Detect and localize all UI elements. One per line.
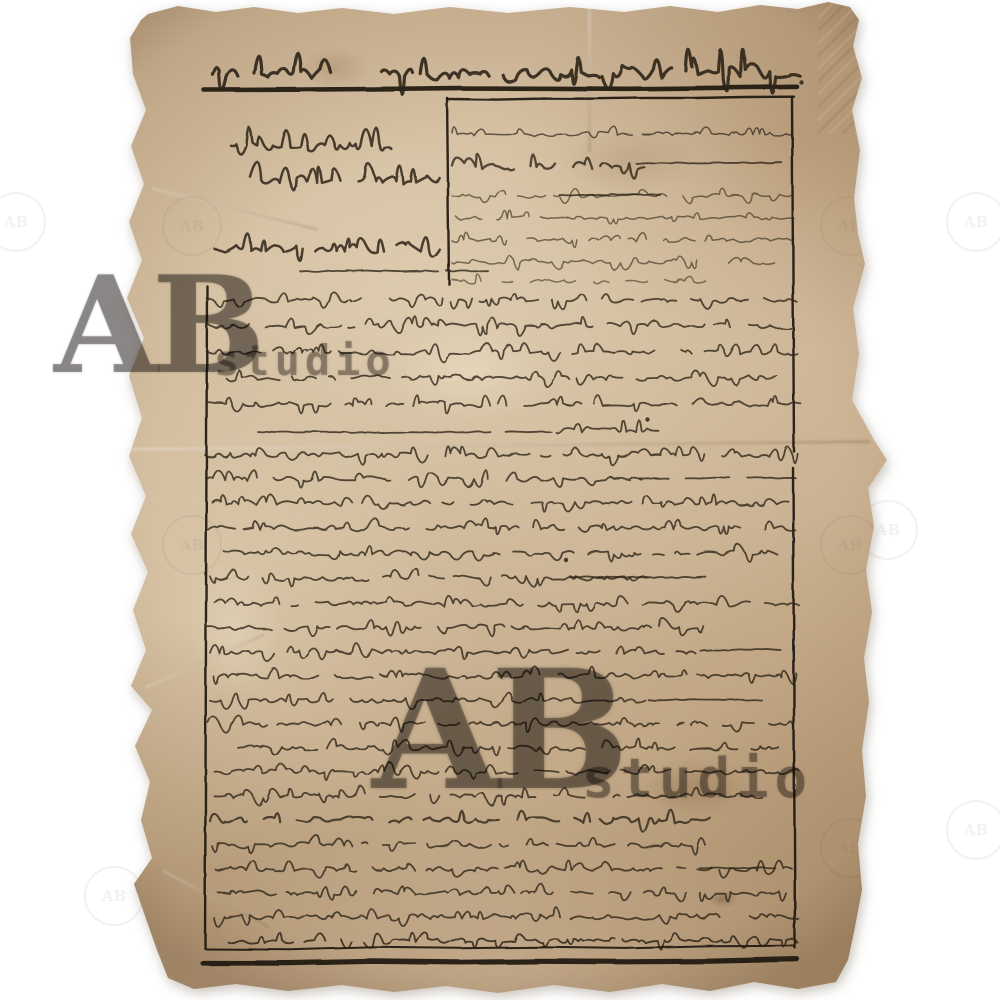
paper-shadow-wrap: AB AB AB AB AB (0, 0, 1000, 1000)
manuscript-body-region (208, 288, 794, 948)
header-right-column (448, 100, 793, 284)
product-photo-stage: AB AB AB AB AB AB AB AB AB AB (0, 0, 1000, 1000)
watermark-studio-center: studio (582, 752, 813, 806)
manuscript-title-script (205, 40, 800, 92)
manuscript-paper: AB AB AB AB AB (0, 0, 1000, 1000)
watermark-studio-left: studio (214, 340, 396, 382)
